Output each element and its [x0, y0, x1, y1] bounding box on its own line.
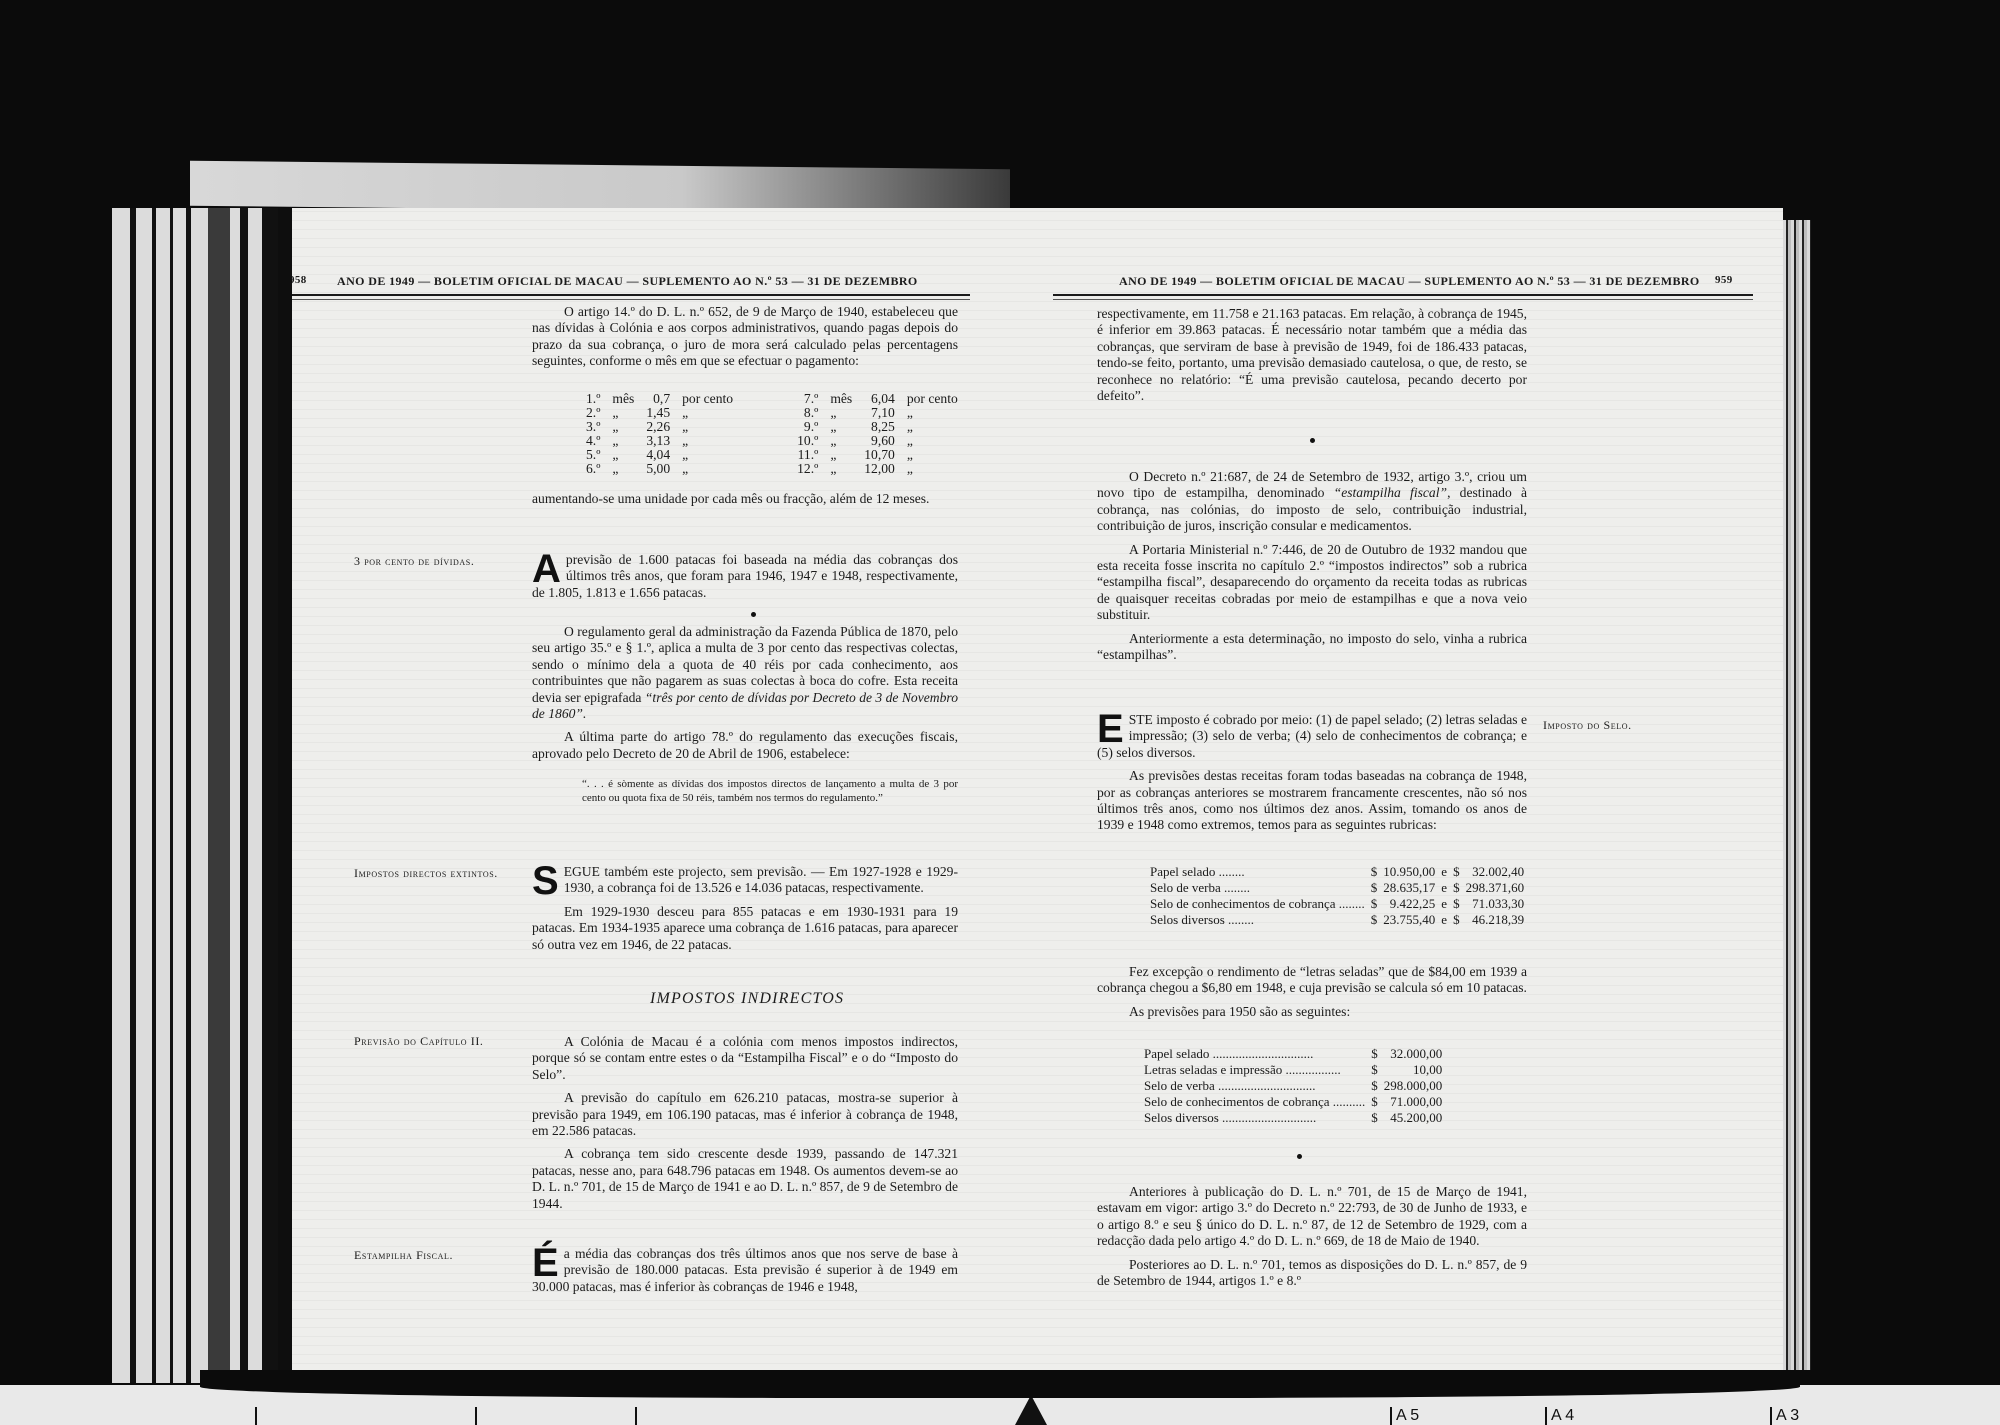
month-word-cell: „ [606, 406, 640, 420]
forecast-value: 298.000,00 [1381, 1078, 1446, 1094]
ruler-tick [1545, 1407, 1547, 1425]
unit-cell: „ [676, 448, 739, 462]
value-1948: 298.371,60 [1463, 880, 1528, 896]
right-page: ANO DE 1949 — BOLETIM OFICIAL DE MACAU —… [1035, 208, 1783, 1373]
ruler-tick [475, 1407, 477, 1425]
rate-cell: 10,70 [858, 448, 901, 462]
currency-cell: $ [1450, 864, 1463, 880]
rubric-label: Selos diversos .........................… [1141, 1110, 1368, 1126]
section-imposto-selo: ESTE imposto é cobrado por meio: (1) de … [1097, 712, 1527, 841]
table-row: Selos diversos .........................… [1141, 1110, 1445, 1126]
joiner-cell: e [1438, 912, 1450, 928]
ruler-label: A 4 [1551, 1407, 1574, 1425]
quoted-regulation: “. . . é sòmente as dívidas dos impostos… [582, 778, 958, 805]
dropcap: É [532, 1248, 559, 1278]
currency-cell: $ [1368, 1078, 1381, 1094]
unit-cell: „ [901, 406, 964, 420]
stack-line [240, 208, 248, 1383]
table-row: 6.º„5,00„12.º„12,00„ [580, 462, 964, 476]
currency-cell: $ [1368, 1094, 1381, 1110]
margin-label-imposto-selo: Imposto do Selo. [1543, 718, 1632, 733]
unit-cell: „ [676, 434, 739, 448]
running-head-title: ANO DE 1949 — BOLETIM OFICIAL DE MACAU —… [1119, 274, 1700, 289]
month-cell: 12.º [791, 462, 824, 476]
ruler-tick [635, 1407, 637, 1425]
stack-line [186, 208, 191, 1383]
table-row: Papel selado ........$10.950,00e$32.002,… [1147, 864, 1527, 880]
currency-cell: $ [1368, 1062, 1381, 1078]
head-rule [286, 294, 970, 296]
table-row: Selo de conhecimentos de cobrança ......… [1147, 896, 1527, 912]
month-word-cell: „ [824, 434, 858, 448]
value-1939: 10.950,00 [1380, 864, 1438, 880]
table-row: 2.º„1,45„8.º„7,10„ [580, 406, 964, 420]
rate-cell: 4,04 [640, 448, 676, 462]
table-row: 4.º„3,13„10.º„9,60„ [580, 434, 964, 448]
month-cell: 7.º [791, 392, 824, 406]
ruler-tick [1390, 1407, 1392, 1425]
rubric-label: Papel selado ........ [1147, 864, 1368, 880]
currency-cell: $ [1368, 896, 1381, 912]
spacer [739, 434, 791, 448]
unit-cell: por cento [676, 392, 739, 406]
rubric-label: Selo de verba ..........................… [1141, 1078, 1368, 1094]
month-cell: 10.º [791, 434, 824, 448]
month-cell: 4.º [580, 434, 606, 448]
page-stack-right-edge [1783, 220, 1811, 1370]
stack-line [208, 208, 230, 1383]
stack-line [262, 208, 278, 1383]
spine-marker [1015, 1395, 1047, 1425]
rate-cell: 1,45 [640, 406, 676, 420]
unit-cell: „ [676, 406, 739, 420]
month-word-cell: „ [824, 462, 858, 476]
rate-cell: 2,26 [640, 420, 676, 434]
margin-label-tres-por-cento: 3 por cento de dívidas. [354, 554, 474, 569]
section-estampilha-fiscal: Éa média das cobranças dos três últimos … [532, 1246, 958, 1302]
separator-dot [1310, 438, 1315, 443]
unit-cell: „ [901, 420, 964, 434]
rate-cell: 12,00 [858, 462, 901, 476]
rate-cell: 9,60 [858, 434, 901, 448]
rate-cell: 6,04 [858, 392, 901, 406]
stack-line [152, 208, 156, 1383]
head-rule [1053, 294, 1753, 296]
section-directos-extintos: SEGUE também este projecto, sem previsão… [532, 864, 958, 960]
currency-cell: $ [1368, 1046, 1381, 1062]
forecast-table-1950: Papel selado ...........................… [1141, 1046, 1445, 1126]
rate-cell: 7,10 [858, 406, 901, 420]
unit-cell: „ [901, 434, 964, 448]
forecast-value: 45.200,00 [1381, 1110, 1446, 1126]
unit-cell: „ [676, 462, 739, 476]
separator-dot [1297, 1154, 1302, 1159]
spacer [739, 406, 791, 420]
month-cell: 1.º [580, 392, 606, 406]
currency-cell: $ [1450, 896, 1463, 912]
separator-dot [751, 612, 756, 617]
month-word-cell: „ [824, 406, 858, 420]
dropcap: S [532, 866, 559, 896]
joiner-cell: e [1438, 864, 1450, 880]
scan-shadow [200, 1370, 1800, 1398]
currency-cell: $ [1368, 864, 1381, 880]
month-cell: 5.º [580, 448, 606, 462]
selo-remarks: Fez excepção o rendimento de “letras sel… [1097, 964, 1527, 1027]
value-1939: 23.755,40 [1380, 912, 1438, 928]
table-row: Selo de verba ........$28.635,17e$298.37… [1147, 880, 1527, 896]
month-cell: 2.º [580, 406, 606, 420]
currency-cell: $ [1450, 880, 1463, 896]
spacer [739, 392, 791, 406]
currency-cell: $ [1368, 880, 1381, 896]
section-tres-por-cento: Aprevisão de 1.600 patacas foi baseada n… [532, 552, 958, 608]
ruler-tick [255, 1407, 257, 1425]
rubric-label: Selos diversos ........ [1147, 912, 1368, 928]
unit-cell: „ [901, 448, 964, 462]
dropcap: A [532, 554, 561, 584]
joiner-cell: e [1438, 896, 1450, 912]
rate-cell: 8,25 [858, 420, 901, 434]
unit-cell: „ [676, 420, 739, 434]
forecast-value: 32.000,00 [1381, 1046, 1446, 1062]
unit-cell: „ [901, 462, 964, 476]
table-row: 3.º„2,26„9.º„8,25„ [580, 420, 964, 434]
month-word-cell: „ [606, 420, 640, 434]
currency-cell: $ [1368, 912, 1381, 928]
joiner-cell: e [1438, 880, 1450, 896]
table-row: Selos diversos ........$23.755,40e$46.21… [1147, 912, 1527, 928]
month-word-cell: „ [824, 420, 858, 434]
unit-cell: por cento [901, 392, 964, 406]
rubric-label: Selo de verba ........ [1147, 880, 1368, 896]
juro-footer: aumentando-se uma unidade por cada mês o… [532, 491, 958, 514]
currency-cell: $ [1450, 912, 1463, 928]
month-cell: 6.º [580, 462, 606, 476]
ruler-label: A 5 [1396, 1407, 1419, 1425]
page-number: 958 [289, 274, 307, 286]
month-word-cell: mês [606, 392, 640, 406]
value-1939: 9.422,25 [1380, 896, 1438, 912]
page-stack-left-edge [112, 208, 282, 1383]
left-page: 958 ANO DE 1949 — BOLETIM OFICIAL DE MAC… [278, 208, 1040, 1373]
rubric-label: Letras seladas e impressão .............… [1141, 1062, 1368, 1078]
month-word-cell: „ [606, 434, 640, 448]
legislation-paragraphs: Anteriores à publicação do D. L. n.º 701… [1097, 1184, 1527, 1296]
month-word-cell: „ [824, 448, 858, 462]
value-1939: 28.635,17 [1380, 880, 1438, 896]
table-row: Letras seladas e impressão .............… [1141, 1062, 1445, 1078]
running-head: ANO DE 1949 — BOLETIM OFICIAL DE MACAU —… [1035, 274, 1783, 294]
stack-line [170, 208, 173, 1383]
month-cell: 8.º [791, 406, 824, 420]
month-word-cell: „ [606, 462, 640, 476]
spacer [739, 448, 791, 462]
section-tres-por-cento-cont: O regulamento geral da administração da … [532, 624, 958, 769]
head-rule [1053, 299, 1753, 300]
spacer [739, 462, 791, 476]
month-cell: 3.º [580, 420, 606, 434]
table-row: Papel selado ...........................… [1141, 1046, 1445, 1062]
rate-cell: 5,00 [640, 462, 676, 476]
value-1948: 71.033,30 [1463, 896, 1528, 912]
page-stack-top-edge [190, 161, 1010, 215]
decreto-section: O Decreto n.º 21:687, de 24 de Setembro … [1097, 469, 1527, 670]
stack-line [130, 208, 136, 1383]
running-head: 958 ANO DE 1949 — BOLETIM OFICIAL DE MAC… [292, 274, 1040, 294]
currency-cell: $ [1368, 1110, 1381, 1126]
forecast-value: 10,00 [1381, 1062, 1446, 1078]
section-title-impostos-indirectos: IMPOSTOS INDIRECTOS [650, 990, 844, 1008]
table-row: 5.º„4,04„11.º„10,70„ [580, 448, 964, 462]
ruler-tick [1770, 1407, 1772, 1425]
rubric-label: Papel selado ...........................… [1141, 1046, 1368, 1062]
dropcap: E [1097, 714, 1124, 744]
margin-label-estampilha-fiscal: Estampilha Fiscal. [354, 1248, 453, 1263]
page-number: 959 [1715, 274, 1733, 286]
intro-paragraph: O artigo 14.º do D. L. n.º 652, de 9 de … [532, 304, 958, 377]
month-word-cell: „ [606, 448, 640, 462]
continuation-paragraph: respectivamente, em 11.758 e 21.163 pata… [1097, 306, 1527, 411]
value-1948: 32.002,40 [1463, 864, 1528, 880]
head-rule [286, 299, 970, 300]
margin-label-previsao-capitulo: Previsão do Capítulo II. [354, 1034, 504, 1049]
margin-label-directos-extintos: Impostos directos extintos. [354, 866, 504, 881]
spacer [739, 420, 791, 434]
value-1948: 46.218,39 [1463, 912, 1528, 928]
table-row: Selo de verba ..........................… [1141, 1078, 1445, 1094]
juro-rate-table: 1.ºmês0,7por cento7.ºmês6,04por cento2.º… [580, 392, 964, 476]
rate-cell: 0,7 [640, 392, 676, 406]
rate-cell: 3,13 [640, 434, 676, 448]
section-previsao-capitulo: A Colónia de Macau é a colónia com menos… [532, 1034, 958, 1219]
rubric-label: Selo de conhecimentos de cobrança ......… [1147, 896, 1368, 912]
forecast-value: 71.000,00 [1381, 1094, 1446, 1110]
table-row: Selo de conhecimentos de cobrança ......… [1141, 1094, 1445, 1110]
month-word-cell: mês [824, 392, 858, 406]
table-row: 1.ºmês0,7por cento7.ºmês6,04por cento [580, 392, 964, 406]
month-cell: 11.º [791, 448, 824, 462]
month-cell: 9.º [791, 420, 824, 434]
comparison-table-1939-1948: Papel selado ........$10.950,00e$32.002,… [1147, 864, 1527, 928]
ruler-label: A 3 [1776, 1407, 1799, 1425]
rubric-label: Selo de conhecimentos de cobrança ......… [1141, 1094, 1368, 1110]
running-head-title: ANO DE 1949 — BOLETIM OFICIAL DE MACAU —… [337, 274, 918, 289]
